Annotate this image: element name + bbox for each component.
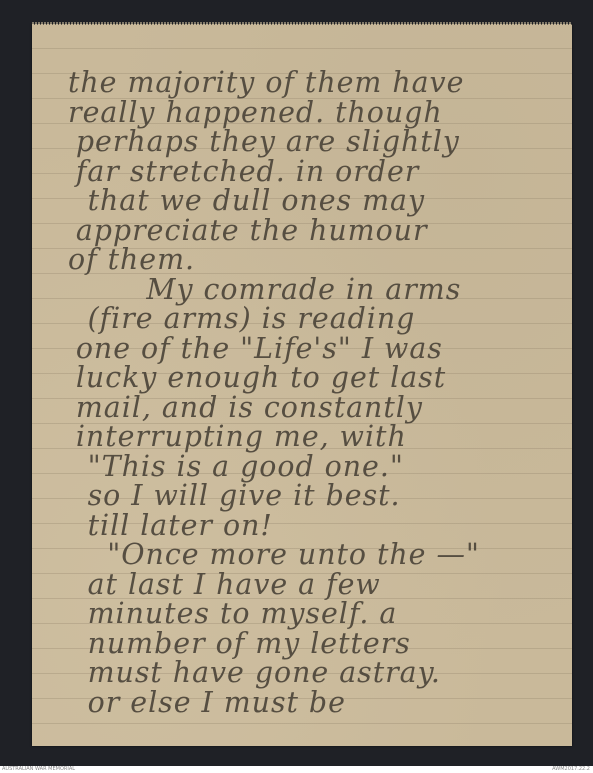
text-line: "Once more unto the —" — [68, 540, 548, 570]
text-line: far stretched. in order — [68, 157, 548, 187]
text-line: that we dull ones may — [68, 186, 548, 216]
text-line: really happened. though — [68, 98, 548, 128]
text-line: till later on! — [68, 511, 548, 541]
scan-background: the majority of them have really happene… — [0, 0, 593, 766]
record-id: AWM2017.22.2 — [552, 766, 590, 773]
text-line: perhaps they are slightly — [68, 127, 548, 157]
text-line: interrupting me, with — [68, 422, 548, 452]
text-line: minutes to myself. a — [68, 599, 548, 629]
text-line: or else I must be — [68, 688, 548, 718]
text-line: "This is a good one." — [68, 452, 548, 482]
text-line: My comrade in arms — [68, 275, 548, 305]
text-line: must have gone astray. — [68, 658, 548, 688]
text-line: mail, and is constantly — [68, 393, 548, 423]
text-line: of them. — [68, 245, 548, 275]
text-line: the majority of them have — [68, 68, 548, 98]
text-line: number of my letters — [68, 629, 548, 659]
text-line: (fire arms) is reading — [68, 304, 548, 334]
text-line: so I will give it best. — [68, 481, 548, 511]
text-line: one of the "Life's" I was — [68, 334, 548, 364]
text-line: lucky enough to get last — [68, 363, 548, 393]
handwritten-text: the majority of them have really happene… — [68, 68, 558, 717]
letter-page: the majority of them have really happene… — [32, 24, 572, 746]
text-line: at last I have a few — [68, 570, 548, 600]
text-line: appreciate the humour — [68, 216, 548, 246]
institution-label: AUSTRALIAN WAR MEMORIAL — [2, 766, 75, 773]
footer-bar: AUSTRALIAN WAR MEMORIAL AWM2017.22.2 — [0, 766, 593, 773]
